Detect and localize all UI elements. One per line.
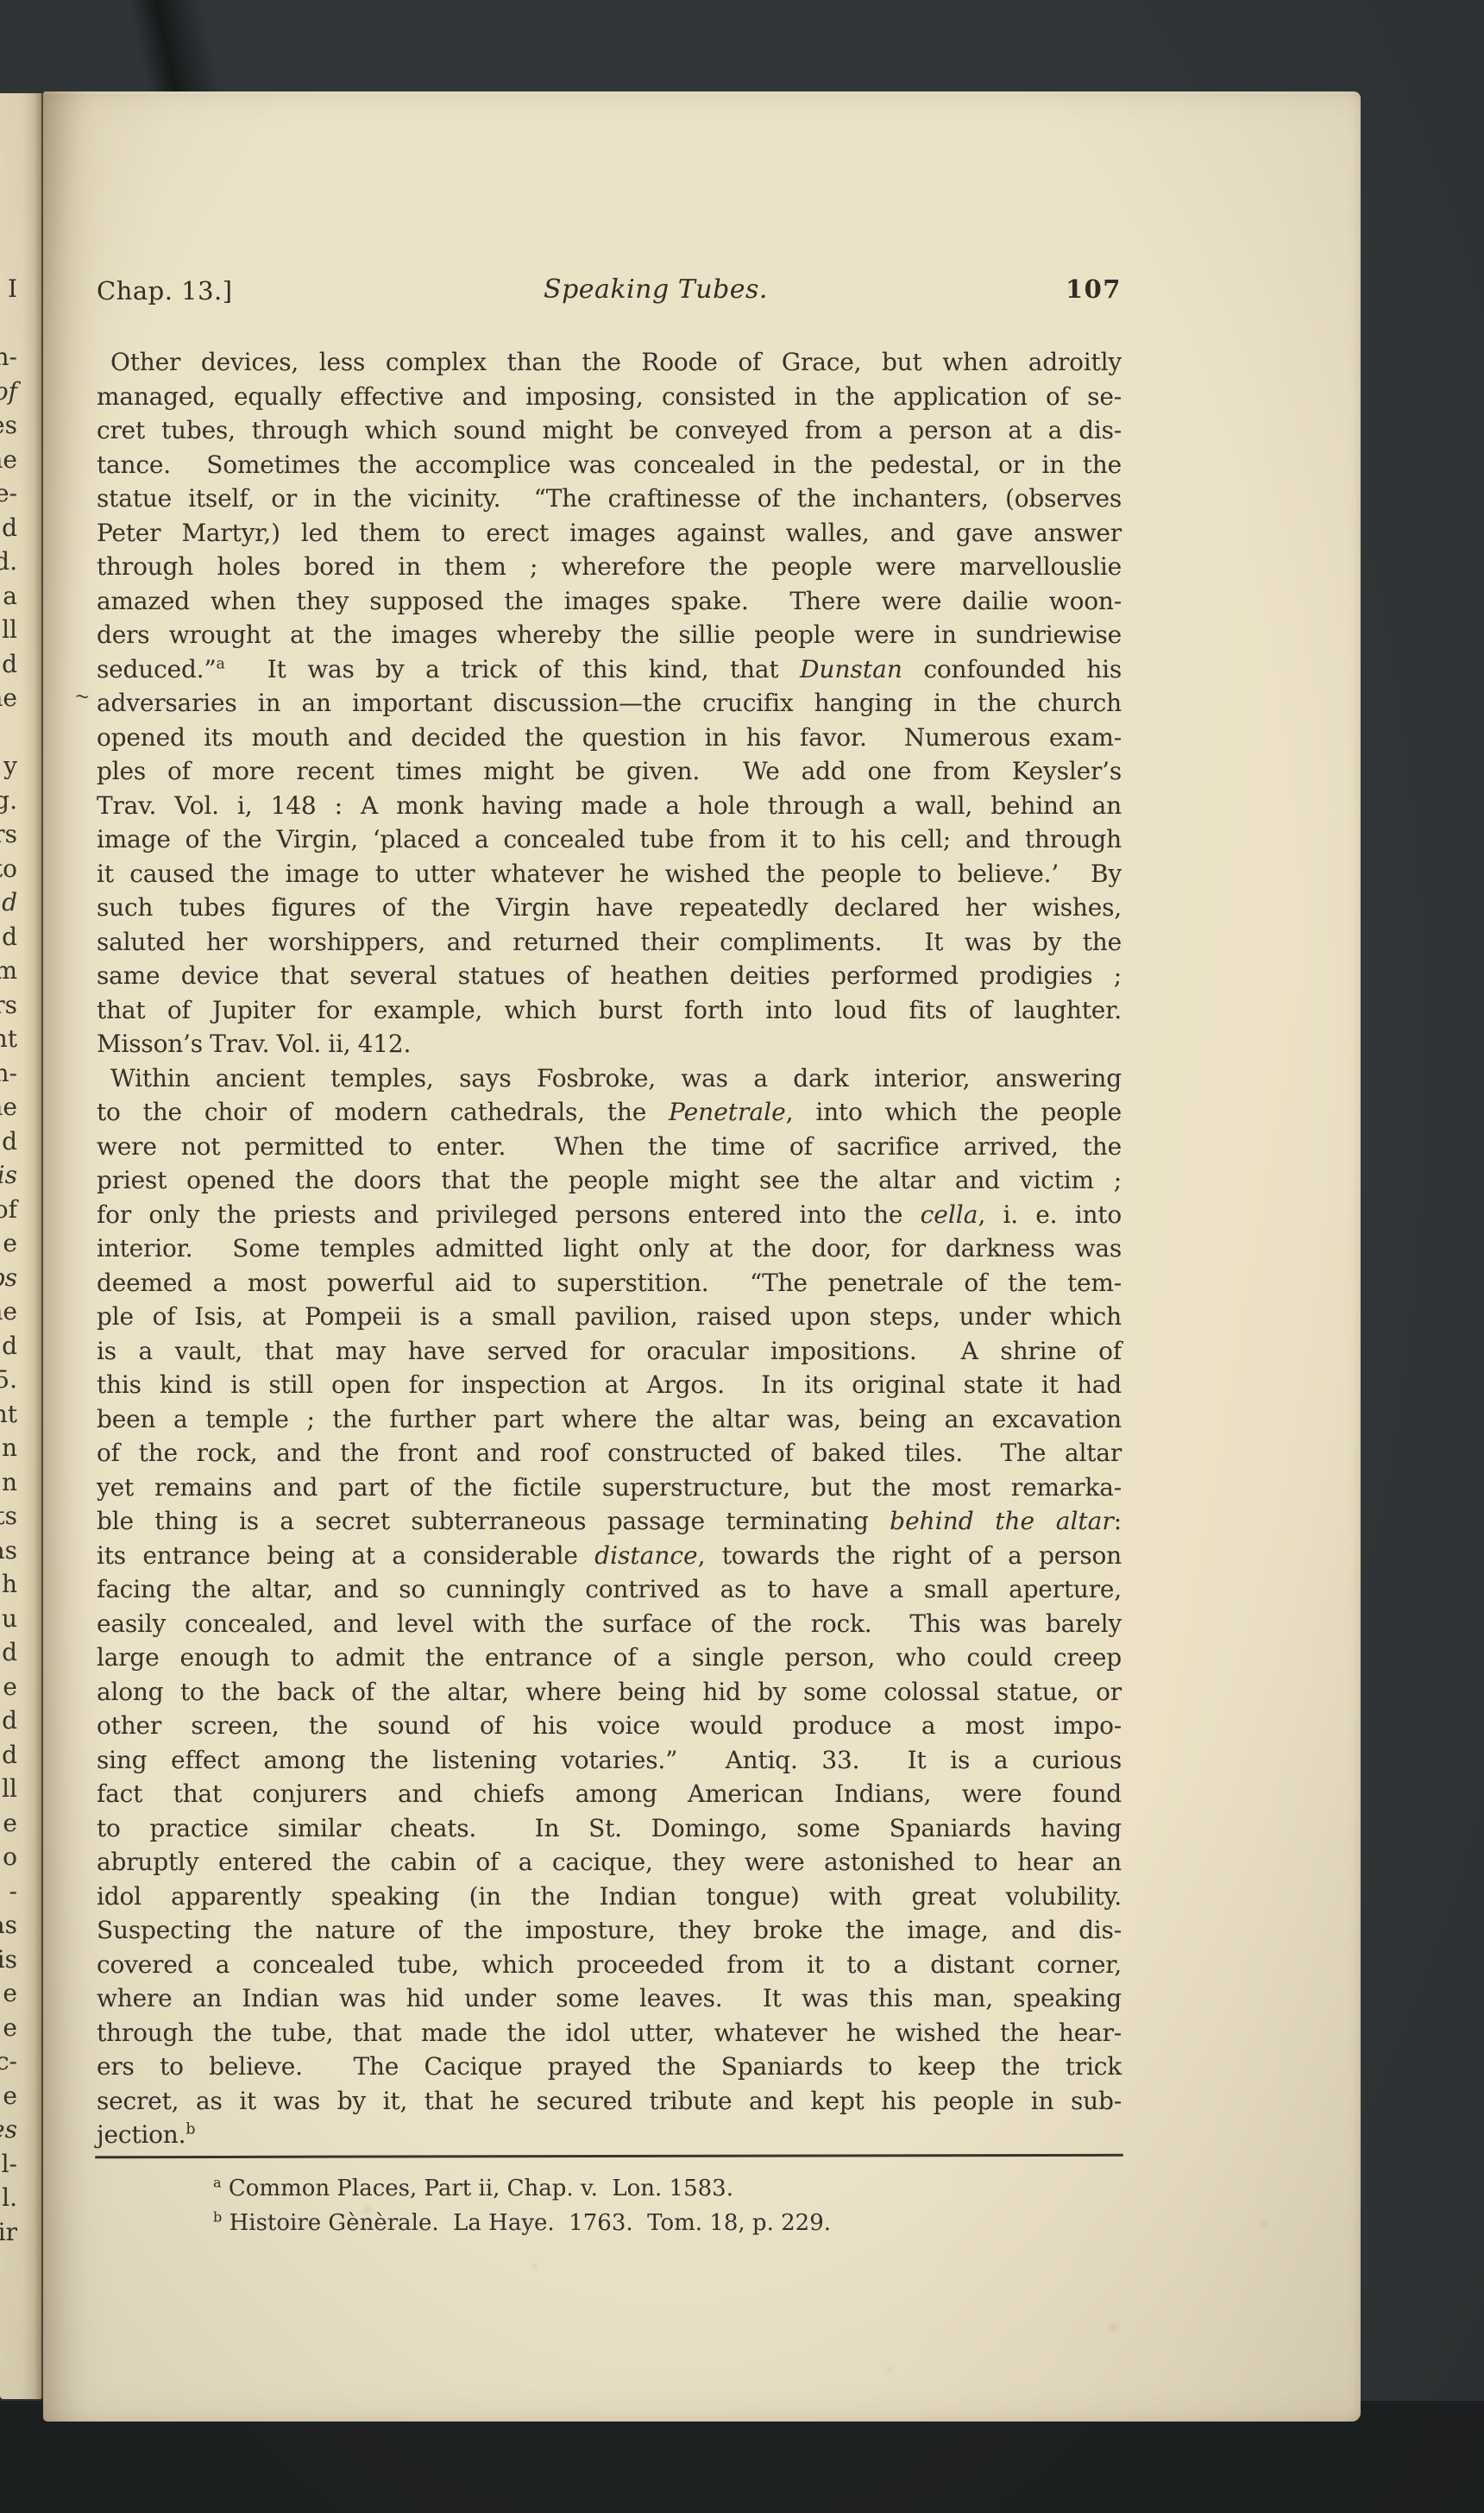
text-line: covered a concealed tube, which proceede… xyxy=(97,1948,1122,1982)
facing-page-text-fragment: of xyxy=(0,375,17,409)
text-line: jection.b xyxy=(97,2118,1122,2152)
running-title: Speaking Tubes. xyxy=(143,274,1168,305)
facing-page-text-fragment: d xyxy=(2,1124,17,1159)
facing-page-text-fragment: n xyxy=(2,1465,17,1500)
text-line: facing the altar, and so cunningly contr… xyxy=(97,1572,1122,1607)
text-line: deemed a most powerful aid to superstiti… xyxy=(97,1266,1122,1301)
facing-page-text-fragment: l. xyxy=(2,2181,17,2215)
text-line: yet remains and part of the fictile supe… xyxy=(97,1471,1122,1505)
text-line: opened its mouth and decided the questio… xyxy=(97,721,1122,755)
text-line: sing effect among the listening votaries… xyxy=(97,1743,1122,1778)
facing-page-text-fragment: e- xyxy=(0,476,17,511)
text-line: ples of more recent times might be given… xyxy=(97,754,1122,789)
text-line: where an Indian was hid under some leave… xyxy=(97,1981,1122,2016)
facing-page-text-fragment: of xyxy=(0,1193,17,1227)
facing-page-edge: In-ofesnee-dd.alldneyg.rstoddmrsntn-nedi… xyxy=(0,93,43,2399)
facing-page-text-fragment: d xyxy=(2,511,17,545)
text-line: managed, equally effective and imposing,… xyxy=(97,380,1122,414)
text-line: through the tube, that made the idol utt… xyxy=(97,2016,1122,2050)
text-line: its entrance being at a considerable dis… xyxy=(97,1539,1122,1573)
footnote: b Histoire Gènèrale. La Haye. 1763. Tom.… xyxy=(213,2206,1076,2240)
footnotes: a Common Places, Part ii, Chap. v. Lon. … xyxy=(213,2171,1076,2240)
text-line: abruptly entered the cabin of a cacique,… xyxy=(97,1845,1122,1880)
text-line: adversaries in an important discussion—t… xyxy=(97,686,1122,721)
text-line: of the rock, and the front and roof cons… xyxy=(97,1436,1122,1471)
text-line: Misson’s Trav. Vol. ii, 412. xyxy=(97,1027,1122,1061)
facing-page-text-fragment: as xyxy=(0,1534,17,1568)
facing-page-text-fragment: is xyxy=(0,1943,17,1977)
text-line: it caused the image to utter whatever he… xyxy=(97,857,1122,891)
facing-page-text-fragment: m xyxy=(0,954,17,988)
text-line: saluted her worshippers, and returned th… xyxy=(97,925,1122,960)
page-number: 107 xyxy=(1066,274,1122,304)
facing-page-text-fragment: - xyxy=(9,1874,17,1909)
facing-page-text-fragment: d xyxy=(2,920,17,954)
book-scan: In-ofesnee-dd.alldneyg.rstoddmrsntn-nedi… xyxy=(0,0,1484,2513)
facing-page-text-fragment: ir xyxy=(0,2215,17,2250)
text-line: priest opened the doors that the people … xyxy=(97,1163,1122,1198)
text-line: such tubes figures of the Virgin have re… xyxy=(97,891,1122,925)
facing-page-text-fragment: is xyxy=(0,1158,17,1193)
text-line: were not permitted to enter. When the ti… xyxy=(97,1130,1122,1164)
facing-page-text-fragment: nt xyxy=(0,1397,17,1432)
facing-page-text-fragment: d xyxy=(2,1704,17,1738)
facing-page-text-fragment: d xyxy=(2,647,17,682)
text-line: to practice similar cheats. In St. Domin… xyxy=(97,1811,1122,1846)
facing-page-text-fragment: a xyxy=(3,579,17,614)
facing-page-text-fragment: e xyxy=(3,1806,17,1841)
footnote-rule xyxy=(95,2154,1123,2158)
text-line: amazed when they supposed the images spa… xyxy=(97,584,1122,619)
text-line: seduced.”a It was by a trick of this kin… xyxy=(97,652,1122,687)
body-text: Other devices, less complex than the Roo… xyxy=(97,345,1122,2152)
text-line: idol apparently speaking (in the Indian … xyxy=(97,1880,1122,1914)
facing-page-text-fragment: ll xyxy=(2,1772,17,1806)
facing-page-text-fragment: h xyxy=(2,1567,17,1602)
text-line: Trav. Vol. i, 148 : A monk having made a… xyxy=(97,789,1122,823)
text-line: this kind is still open for inspection a… xyxy=(97,1368,1122,1402)
text-line: Suspecting the nature of the imposture, … xyxy=(97,1913,1122,1948)
text-line: cret tubes, through which sound might be… xyxy=(97,413,1122,448)
text-line: for only the priests and privileged pers… xyxy=(97,1198,1122,1232)
facing-page-text-fragment: o xyxy=(3,1840,17,1874)
facing-page-text-fragment: ne xyxy=(0,1294,17,1329)
footnote: a Common Places, Part ii, Chap. v. Lon. … xyxy=(213,2171,1076,2206)
text-line: same device that several statues of heat… xyxy=(97,959,1122,993)
text-line: ble thing is a secret subterraneous pass… xyxy=(97,1504,1122,1539)
facing-page-text-fragment: nt xyxy=(0,1022,17,1056)
facing-page-text-fragment: ne xyxy=(0,1090,17,1124)
text-line: other screen, the sound of his voice wou… xyxy=(97,1709,1122,1743)
text-line: ple of Isis, at Pompeii is a small pavil… xyxy=(97,1300,1122,1334)
facing-page-text-fragment: ll xyxy=(2,613,17,647)
binding-fold xyxy=(110,0,240,93)
facing-page-text-fragment: y xyxy=(3,749,17,784)
facing-page-text-fragment: rs xyxy=(0,817,17,852)
facing-page-text-fragment: ne xyxy=(0,681,17,715)
text-line: been a temple ; the further part where t… xyxy=(97,1402,1122,1437)
facing-page-text-fragment: to xyxy=(0,852,17,886)
text-line: along to the back of the altar, where be… xyxy=(97,1675,1122,1710)
facing-page-text-fragment: u xyxy=(2,1602,17,1636)
text-line: that of Jupiter for example, which burst… xyxy=(97,993,1122,1028)
facing-page-text-fragment: d xyxy=(2,1635,17,1670)
text-line: image of the Virgin, ‘placed a concealed… xyxy=(97,822,1122,857)
facing-page-text-fragment: es xyxy=(0,408,17,443)
facing-page-text-fragment: e xyxy=(3,2011,17,2045)
text-line: statue itself, or in the vicinity. “The … xyxy=(97,482,1122,516)
text-line: is a vault, that may have served for ora… xyxy=(97,1334,1122,1369)
text-line: Within ancient temples, says Fosbroke, w… xyxy=(97,1061,1122,1096)
text-line: Other devices, less complex than the Roo… xyxy=(97,345,1122,380)
text-line: ers to believe. The Cacique prayed the S… xyxy=(97,2050,1122,2084)
facing-page-text-fragment: l- xyxy=(2,2147,17,2182)
facing-page-text-fragment: I xyxy=(8,272,17,306)
facing-page-text-fragment: n- xyxy=(0,1056,17,1091)
facing-page-text-fragment: ne xyxy=(0,443,17,477)
facing-page-text-fragment: e xyxy=(3,1976,17,2011)
text-line: to the choir of modern cathedrals, the P… xyxy=(97,1095,1122,1130)
facing-page-text-fragment: rs xyxy=(0,988,17,1023)
facing-page-text-fragment: as xyxy=(0,1908,17,1943)
facing-page-text-fragment: ps xyxy=(0,1261,17,1295)
text-line: easily concealed, and level with the sur… xyxy=(97,1607,1122,1641)
facing-page-text-fragment: d xyxy=(2,1738,17,1773)
facing-page-text-fragment: e xyxy=(3,1670,17,1704)
print-artifact: ~ xyxy=(73,685,91,709)
text-line: tance. Sometimes the accomplice was conc… xyxy=(97,448,1122,482)
facing-page-text-fragment: c- xyxy=(0,2044,17,2079)
facing-page-text-fragment: e xyxy=(3,2079,17,2113)
facing-page-text-fragment: g. xyxy=(0,784,17,818)
facing-page-text-fragment: n xyxy=(2,1431,17,1465)
text-line: through holes bored in them ; wherefore … xyxy=(97,550,1122,584)
text-line: ders wrought at the images whereby the s… xyxy=(97,618,1122,652)
page-header: Chap. 13.] Speaking Tubes. 107 xyxy=(97,276,1122,314)
text-line: secret, as it was by it, that he secured… xyxy=(97,2084,1122,2119)
facing-page-text-fragment: e xyxy=(3,1226,17,1261)
text-line: Peter Martyr,) led them to erect images … xyxy=(97,516,1122,551)
facing-page-text-fragment: 5. xyxy=(0,1363,17,1397)
facing-page-text-fragment: d xyxy=(2,1329,17,1364)
book-page: Chap. 13.] Speaking Tubes. 107 Other dev… xyxy=(43,91,1361,2422)
text-line: fact that conjurers and chiefs among Ame… xyxy=(97,1777,1122,1811)
facing-page-text-fragment: ts xyxy=(0,1499,17,1534)
text-line: interior. Some temples admitted light on… xyxy=(97,1231,1122,1266)
text-line: large enough to admit the entrance of a … xyxy=(97,1641,1122,1675)
facing-page-text-fragment: d. xyxy=(0,545,17,579)
facing-page-text-fragment: es xyxy=(0,2113,17,2147)
facing-page-text-fragment: n- xyxy=(0,340,17,375)
foxing-spots xyxy=(43,91,44,92)
facing-page-text-fragment: d xyxy=(2,885,17,920)
